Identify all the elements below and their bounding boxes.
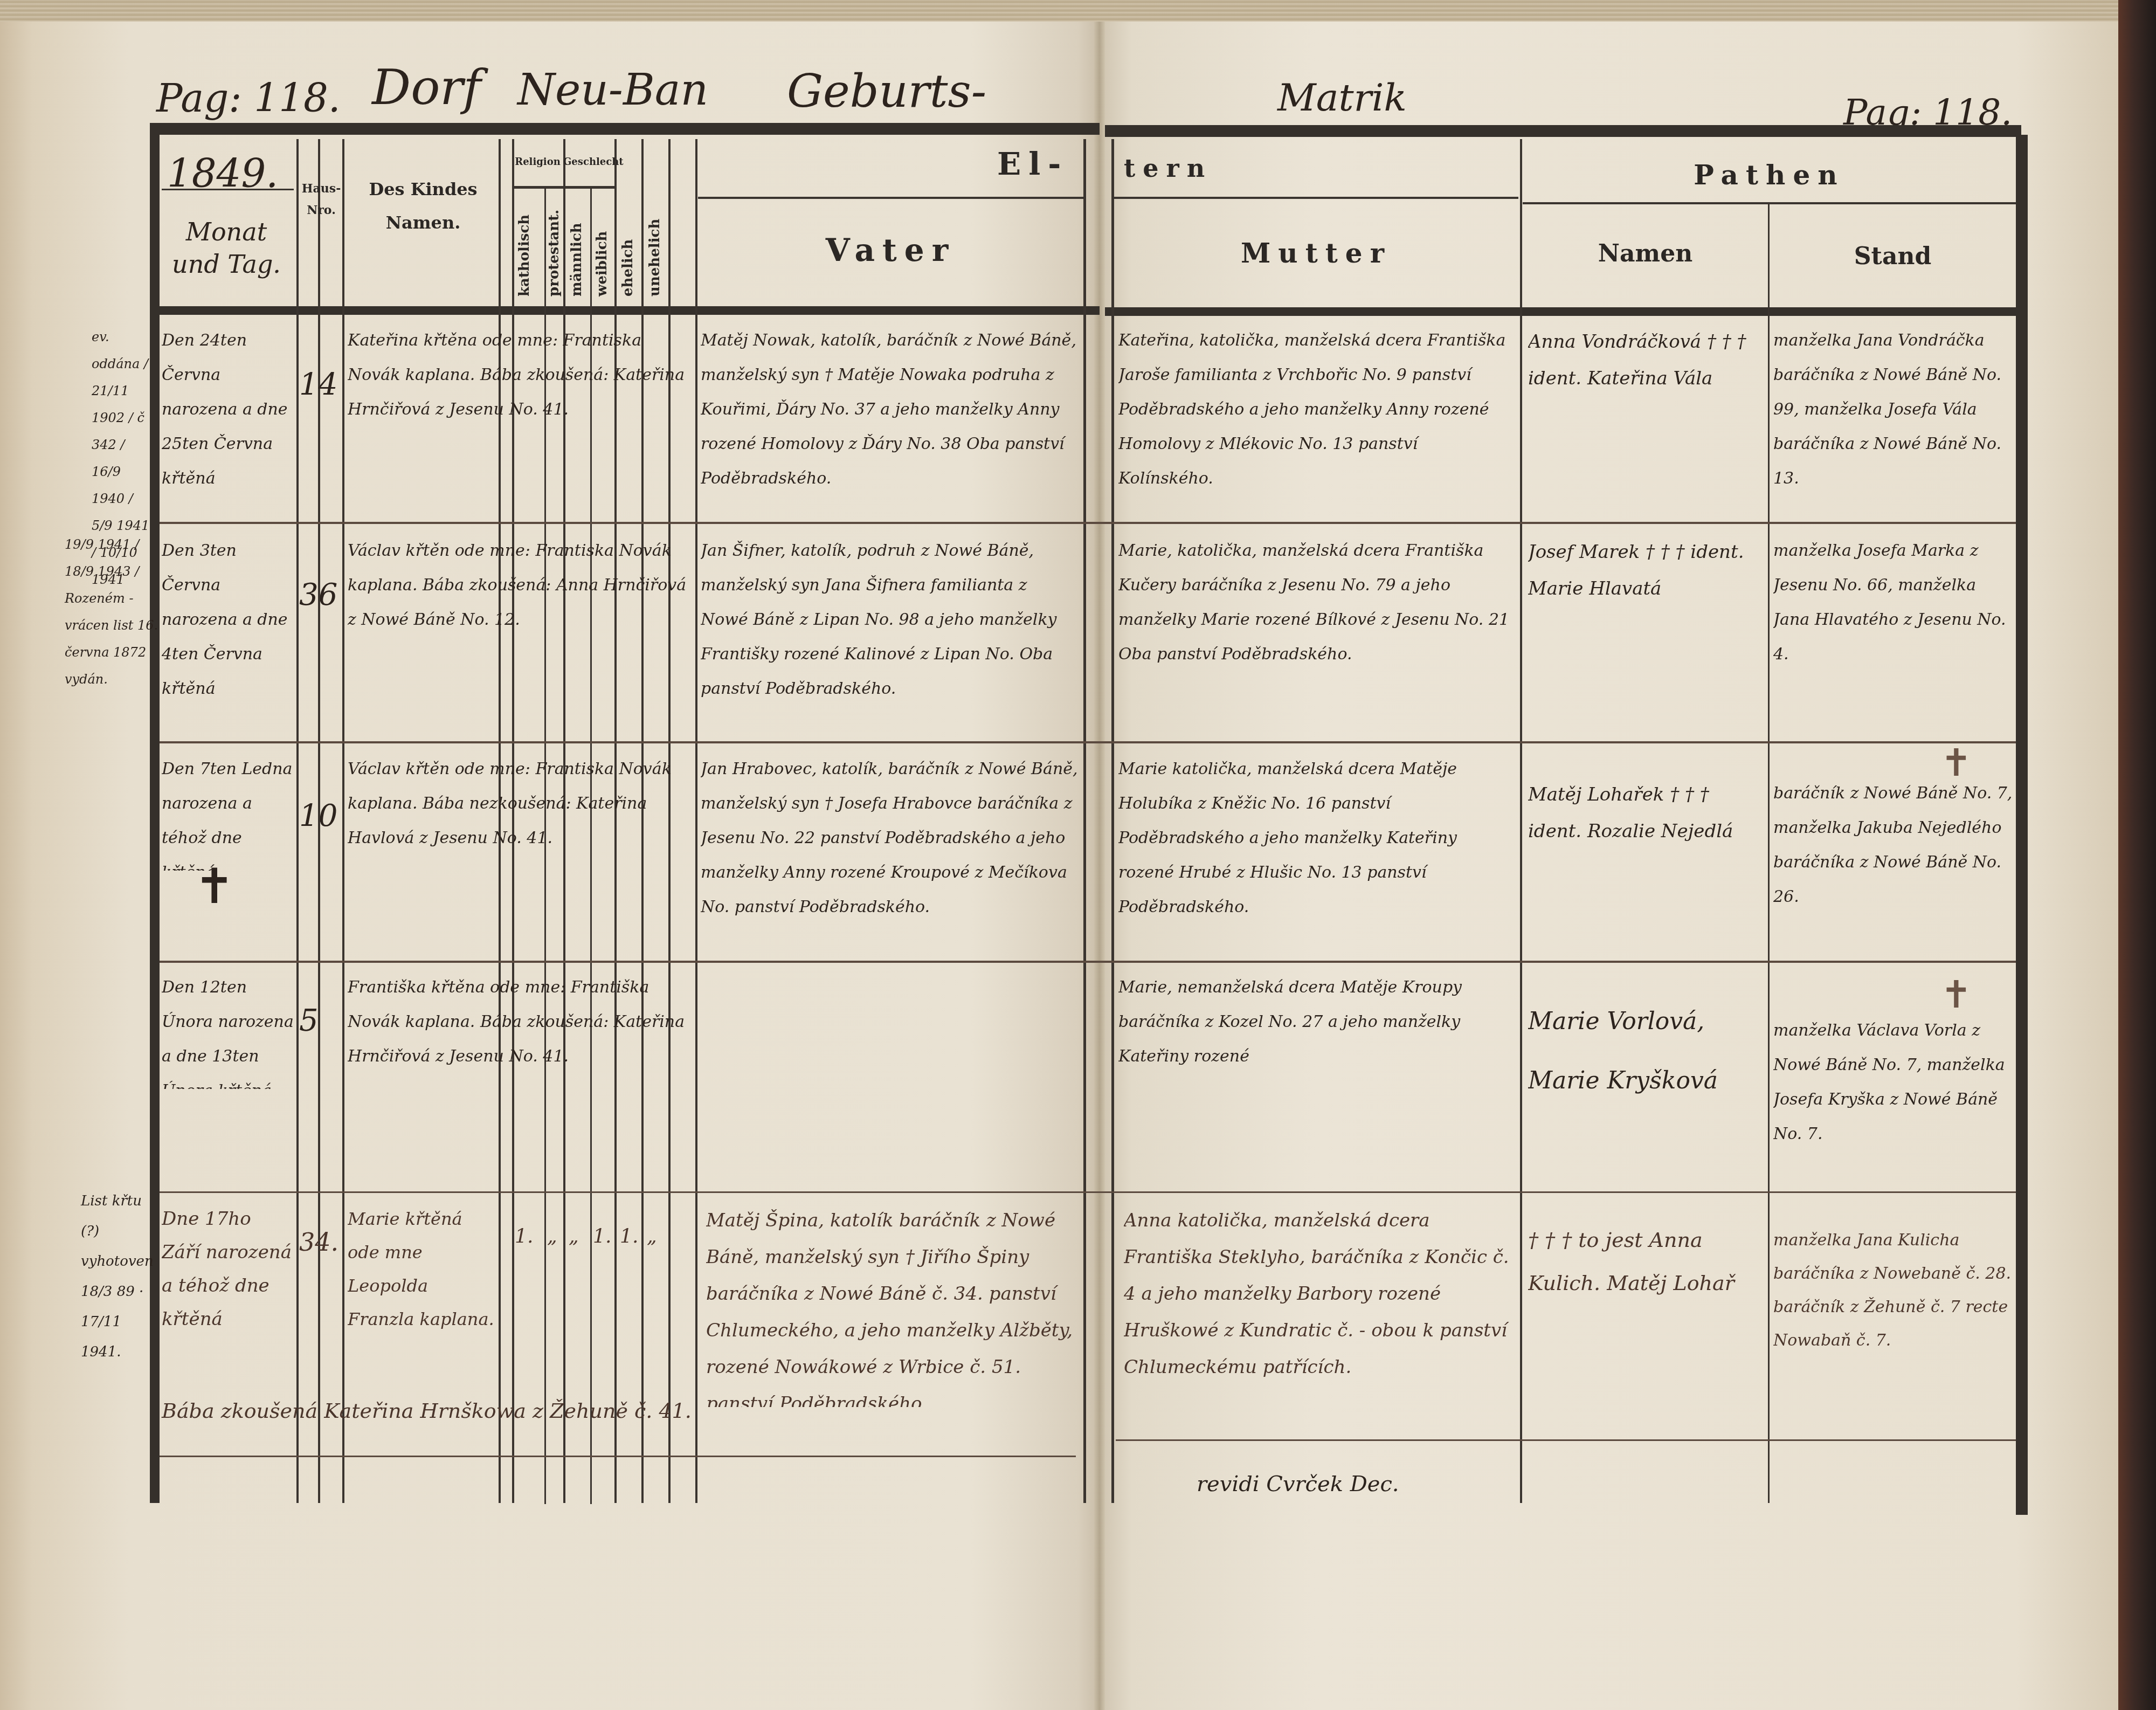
entry-date: Den 24ten Června narozena a dne 25ten Če… xyxy=(162,323,294,518)
book-cover-edge xyxy=(2118,0,2156,1710)
frame-top-right xyxy=(1105,125,2021,137)
entry-ehelich-mark: 1. xyxy=(620,1218,640,1255)
entry-godparent-names: † † † to jest Anna Kulich. Matěj Lohař xyxy=(1528,1218,1765,1380)
row-separator xyxy=(160,961,2016,963)
frame-right xyxy=(2016,135,2028,1515)
entry-godparent-names: Matěj Lohařek † † † ident. Rozalie Nejed… xyxy=(1528,776,1765,949)
entry-protestant-mark: „ xyxy=(547,1218,563,1255)
entry-father: Jan Hrabovec, katolík, baráčník z Nowé B… xyxy=(701,752,1078,957)
entry-mother: Marie katolička, manželská dcera Matěje … xyxy=(1118,752,1517,951)
entry-katholisch-mark: 1. xyxy=(515,1218,536,1255)
entry-house-number: 34. xyxy=(299,1224,340,1260)
entry-godparent-names: Anna Vondráčková † † † ident. Kateřina V… xyxy=(1528,323,1765,518)
header-pathen-stand: Stand xyxy=(1770,243,2016,270)
header-religion: Religion xyxy=(512,156,563,168)
book-spread: Pag: 118. Dorf Neu-Ban Geburts- Matrik P… xyxy=(0,0,2156,1710)
entry-midwife-note: Bába zkoušená Kateřina Hrnškowa z Žehuně… xyxy=(162,1399,1078,1423)
entry-child-name: Kateřina křtěna ode mne: Frantiska Novák… xyxy=(348,323,693,518)
col-rule-pathen xyxy=(1520,139,1522,1503)
header-haus-nro: Haus-Nro. xyxy=(300,178,343,221)
entry-child-name: Václav křtěn ode mne: Frantiska Novák ka… xyxy=(348,534,693,728)
entry-mother: Kateřina, katolička, manželská dcera Fra… xyxy=(1118,323,1517,518)
col-rule-vater-end xyxy=(1083,139,1086,1503)
entry-mother: Anna katolička, manželská dcera Františk… xyxy=(1124,1202,1517,1407)
header-katholisch: katholisch xyxy=(516,216,533,297)
col-rule xyxy=(342,139,344,1503)
entry-father: Matěj Nowak, katolík, baráčník z Nowé Bá… xyxy=(701,323,1078,518)
header-protestant: protestant. xyxy=(546,216,562,297)
header-year: 1849. xyxy=(167,151,278,196)
row-separator xyxy=(160,522,2016,524)
entry-house-number: 5 xyxy=(299,1003,340,1039)
eltern-rule-left xyxy=(698,197,1083,199)
title-geburts: Geburts- xyxy=(787,65,986,118)
header-weiblich: weiblich xyxy=(594,216,610,297)
entry-child-name: Václav křtěn ode mne: Frantiska Novák ka… xyxy=(348,752,693,951)
entry-mother: Marie, katolička, manželská dcera Franti… xyxy=(1118,534,1517,728)
header-vater: Vater xyxy=(698,232,1083,268)
col-rule xyxy=(296,139,299,1503)
header-pathen-namen: Namen xyxy=(1523,240,1768,267)
entry-godparent-stand: manželka Jana Vondráčka baráčníka z Nowé… xyxy=(1773,323,2013,518)
entry-mother: Marie, nemanželská dcera Matěje Kroupy b… xyxy=(1118,970,1517,1132)
entry-godparent-stand: baráčník z Nowé Báně No. 7, manželka Jak… xyxy=(1773,776,2013,954)
header-geschlecht: Geschlecht xyxy=(563,156,614,168)
entry-unehelich-mark: „ xyxy=(647,1218,667,1255)
row-separator xyxy=(160,1191,2016,1193)
eltern-rule-right xyxy=(1114,197,1518,199)
entry-child-name: Marie křtěná ode mne Leopolda Franzla ka… xyxy=(348,1202,499,1364)
header-eltern-left: El- xyxy=(997,146,1068,182)
header-mutter: Mutter xyxy=(1114,237,1518,269)
book-spine xyxy=(1094,22,1105,1710)
entry-godparent-names: Marie Vorlová, Marie Kryšková xyxy=(1528,992,1765,1154)
row-separator xyxy=(160,741,2016,743)
godparent-cross-icon: ✝ xyxy=(1940,970,1972,1019)
entry-godparent-stand: manželka Václava Vorla z Nowé Báně No. 7… xyxy=(1773,1013,2013,1175)
religion-geschlecht-rule xyxy=(512,186,614,189)
entry-godparent-stand: manželka Jana Kulicha baráčníka z Noweba… xyxy=(1773,1224,2013,1385)
row-separator-end xyxy=(1116,1439,2016,1441)
col-rule-stand xyxy=(1768,204,1770,1503)
header-bottom-rule-right xyxy=(1105,307,2021,316)
page-number-left: Pag: 118. xyxy=(156,75,341,121)
header-ehelich: ehelich xyxy=(620,226,636,297)
header-eltern-right: tern xyxy=(1124,154,1212,183)
entry-house-number: 36 xyxy=(299,577,340,613)
entry-house-number: 14. xyxy=(299,367,340,403)
entry-godparent-names: Josef Marek † † † ident. Marie Hlavatá xyxy=(1528,534,1765,728)
row-separator-midwife xyxy=(160,1456,1076,1457)
entry-father: Matěj Špina, katolík baráčník z Nowé Bán… xyxy=(706,1202,1078,1407)
entry-father xyxy=(701,970,1078,1181)
entry-maennlich-mark: „ xyxy=(569,1218,588,1255)
title-place: Neu-Ban xyxy=(517,65,708,115)
frame-top-left xyxy=(151,123,1100,135)
col-rule-mutter-start xyxy=(1111,139,1114,1503)
header-kind-name: Des Kindes Namen. xyxy=(350,173,496,239)
entry-date: Den 3ten Června narozena a dne 4ten Červ… xyxy=(162,534,294,728)
revision-signature: revidi Cvrček Dec. xyxy=(1197,1472,1399,1497)
entry-house-number: 10 xyxy=(299,798,340,835)
entry-weiblich-mark: 1. xyxy=(593,1218,613,1255)
entry-godparent-stand: manželka Josefa Marka z Jesenu No. 66, m… xyxy=(1773,534,2013,728)
header-maennlich: männlich xyxy=(569,216,585,297)
header-unehelich: unehelich xyxy=(647,216,663,297)
entry-date: Den 12ten Února narozena a dne 13ten Úno… xyxy=(162,970,294,1089)
entry-date: Dne 17ho Září narozená a téhož dne křtěn… xyxy=(162,1202,294,1337)
entry-child-name: Františka křtěna ode mne: Františka Nová… xyxy=(348,970,693,1181)
header-monat-tag: Monat und Tag. xyxy=(162,216,291,280)
title-dorf: Dorf xyxy=(372,59,481,116)
death-cross-icon: ✝ xyxy=(194,863,234,911)
entry-date: Den 7ten Ledna narozena a téhož dne křtě… xyxy=(162,752,294,871)
pathen-rule xyxy=(1523,202,2016,204)
entry-father: Jan Šifner, katolík, podruh z Nowé Báně,… xyxy=(701,534,1078,733)
entry-margin-note: List křtu (?) vyhotoven 18/3 89 · 17/11 … xyxy=(81,1186,154,1367)
col-rule xyxy=(695,139,697,1503)
header-pathen: Pathen xyxy=(1523,159,2016,191)
title-matrik: Matrik xyxy=(1277,75,1407,120)
entry-margin-note: 19/9 1941 / 18/9 1943 / Rozeném - vrácen… xyxy=(65,531,159,693)
